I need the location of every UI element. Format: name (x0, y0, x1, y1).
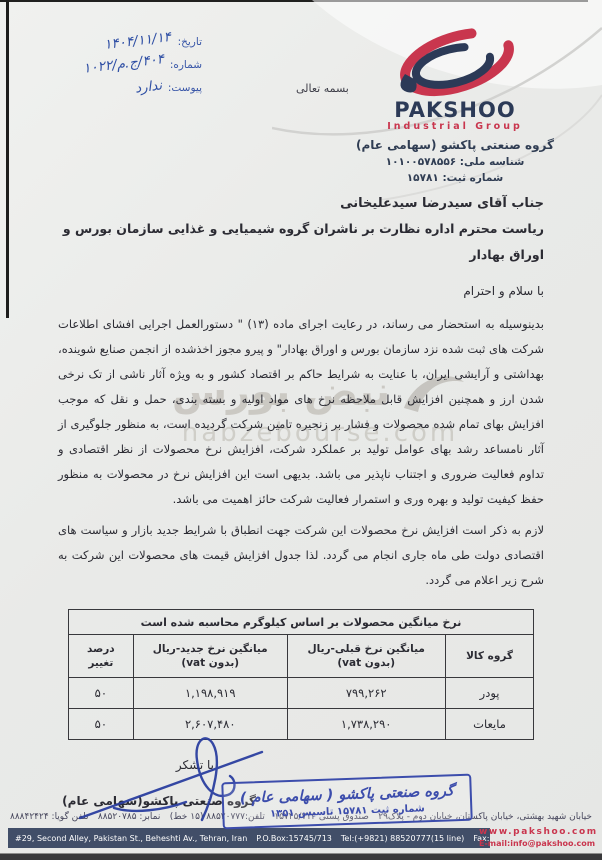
col-header-new-price: میانگین نرخ جدید-ریال (بدون vat) (133, 635, 287, 678)
recipient-title: ریاست محترم اداره نظارت بر ناشران گروه ش… (58, 216, 544, 268)
col-header-prev-line1: میانگین نرخ قبلی-ریال (308, 643, 425, 655)
col-header-group: گروه کالا (445, 635, 533, 678)
cell-prev-price: ۱,۷۳۸,۲۹۰ (287, 709, 445, 740)
handwritten-reference-block: تاریخ:۱۴۰۴/۱۱/۱۴ شماره:۴۰۴/ج.م/۱۰۲۲ پیوس… (22, 30, 202, 99)
attachment-line: پیوست:ندارد (22, 76, 202, 99)
registration-line: شماره ثبت: ۱۵۷۸۱ (330, 170, 580, 186)
logo-wordmark: PAKSHOO (330, 100, 580, 120)
letter-body: جناب آقای سیدرضا سیدعلیخانی ریاست محترم … (58, 192, 544, 854)
scan-edge-top (0, 0, 588, 2)
cell-prev-price: ۷۹۹,۲۶۲ (287, 678, 445, 709)
cell-new-price: ۱,۱۹۸,۹۱۹ (133, 678, 287, 709)
scan-edge-left (6, 0, 9, 318)
table-caption-row: نرخ میانگین محصولات بر اساس کیلوگرم محاس… (68, 610, 534, 635)
col-header-prev-price: میانگین نرخ قبلی-ریال (بدون vat) (287, 635, 445, 678)
scan-edge-bottom (0, 853, 602, 860)
company-identity-lines: گروه صنعتی پاکشو (سهامی عام) شناسه ملی: … (330, 136, 580, 186)
logo-subtitle: Industrial Group (330, 120, 580, 133)
company-letterhead: PAKSHOO Industrial Group گروه صنعتی پاکش… (330, 24, 580, 186)
number-label: شماره: (170, 59, 202, 71)
national-id-line: شناسه ملی: ۱۰۱۰۰۵۷۸۵۵۶ (330, 154, 580, 170)
company-stamp: گروه صنعتی پاکشو ( سهامی عام ) شماره ثبت… (221, 774, 473, 830)
cell-group: مایعات (445, 709, 533, 740)
salutation: با سلام و احترام (58, 284, 544, 298)
price-table: نرخ میانگین محصولات بر اساس کیلوگرم محاس… (68, 609, 535, 740)
date-label: تاریخ: (178, 36, 202, 48)
date-line: تاریخ:۱۴۰۴/۱۱/۱۴ (22, 30, 202, 53)
company-name-fa: گروه صنعتی پاکشو (سهامی عام) (330, 136, 580, 154)
attachment-handwritten-value: ندارد (133, 74, 163, 99)
scanned-letter-page: تاریخ:۱۴۰۴/۱۱/۱۴ شماره:۴۰۴/ج.م/۱۰۲۲ پیوس… (0, 0, 602, 860)
body-paragraph-1: بدینوسیله به استحضار می رساند، در رعایت … (58, 312, 544, 512)
signature-area: با تشکر گروه صنعتی پاکشو(سهامی عام) گروه… (58, 744, 544, 854)
cell-change: ۵۰ (68, 678, 133, 709)
table-header-row: گروه کالا میانگین نرخ قبلی-ریال (بدون va… (68, 635, 534, 678)
col-header-change: درصد تغییر (68, 635, 133, 678)
number-line: شماره:۴۰۴/ج.م/۱۰۲۲ (22, 53, 202, 76)
attachment-label: پیوست: (168, 82, 202, 94)
col-header-prev-line2: (بدون vat) (337, 657, 395, 669)
cell-group: پودر (445, 678, 533, 709)
body-paragraph-2: لازم به ذکر است افزایش نرخ محصولات این ش… (58, 518, 544, 593)
col-header-change-text: درصد تغییر (87, 643, 115, 669)
table-row-powder: پودر ۷۹۹,۲۶۲ ۱,۱۹۸,۹۱۹ ۵۰ (68, 678, 534, 709)
pakshoo-logo-icon (375, 24, 535, 102)
col-header-new-line2: (بدون vat) (181, 657, 239, 669)
col-header-new-line1: میانگین نرخ جدید-ریال (153, 643, 268, 655)
recipient-name: جناب آقای سیدرضا سیدعلیخانی (58, 192, 544, 216)
col-header-group-text: گروه کالا (466, 650, 513, 662)
table-caption: نرخ میانگین محصولات بر اساس کیلوگرم محاس… (68, 610, 534, 635)
